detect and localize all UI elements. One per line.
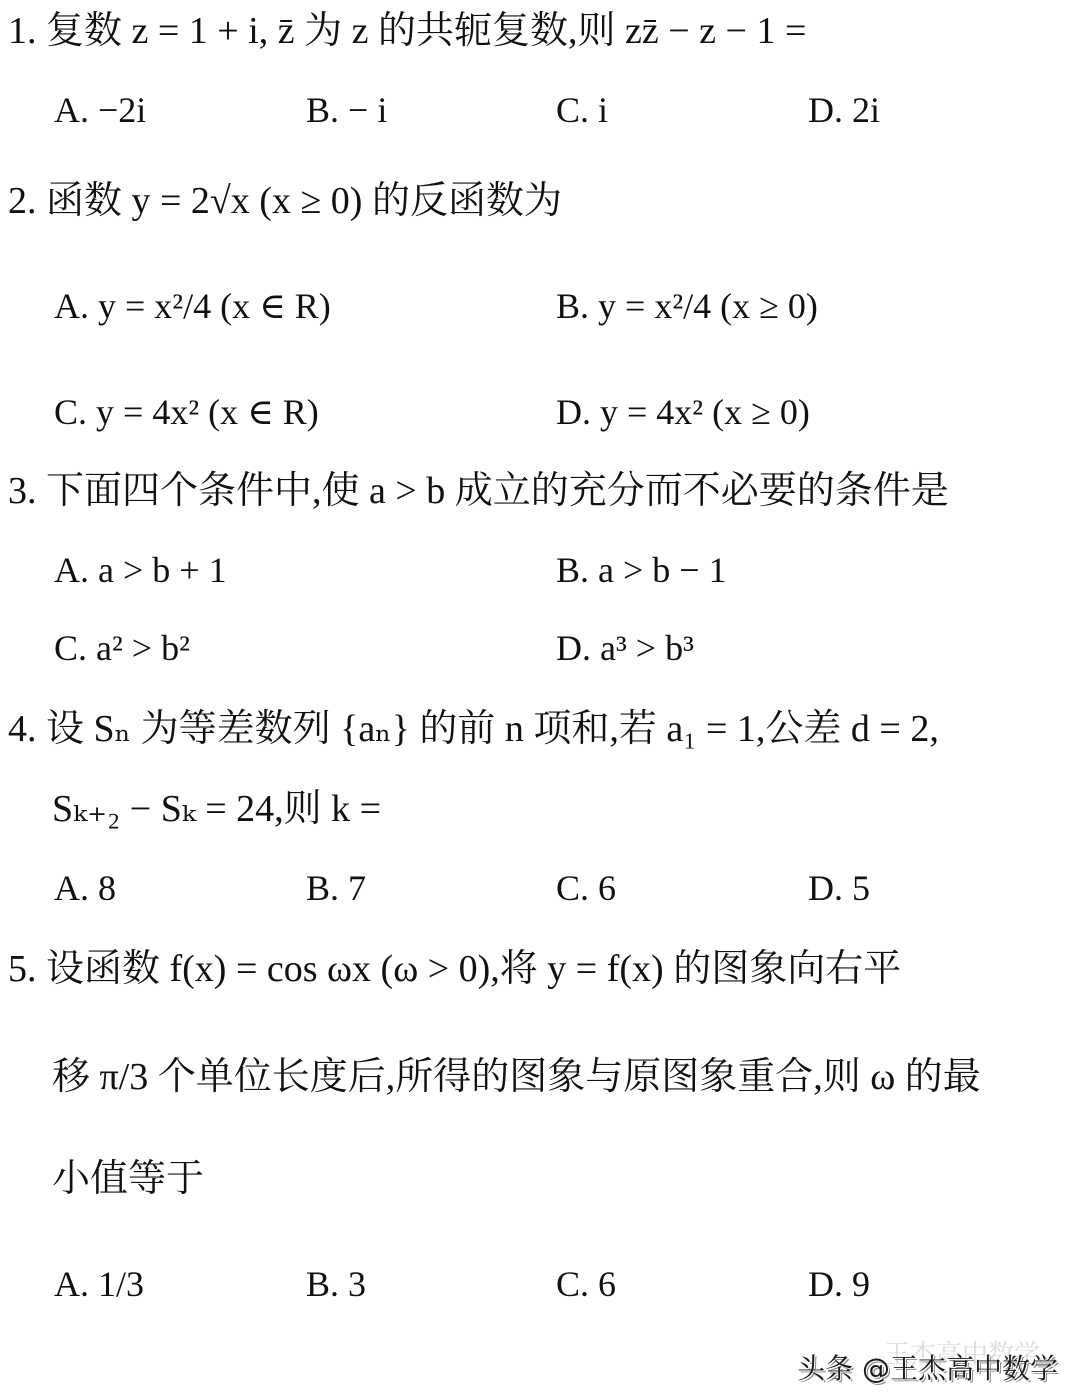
q5-stem-line-2: 移 π/3 个单位长度后,所得的图象与原图象重合,则 ω 的最 xyxy=(52,1054,981,1100)
q4-option-b: B. 7 xyxy=(306,866,366,910)
q1-stem: 1. 复数 z = 1 + i, z̄ 为 z 的共轭复数,则 zz̄ − z … xyxy=(8,8,806,54)
q3-option-d: D. a³ > b³ xyxy=(556,626,694,670)
q5-stem-line-1: 5. 设函数 f(x) = cos ωx (ω > 0),将 y = f(x) … xyxy=(8,946,901,992)
q4-stem-line-2: Sₖ₊₂ − Sₖ = 24,则 k = xyxy=(52,786,381,832)
q4-option-a: A. 8 xyxy=(54,866,116,910)
q4-option-d: D. 5 xyxy=(808,866,870,910)
q2-option-a: A. y = x²/4 (x ∈ R) xyxy=(54,284,331,328)
q3-option-a: A. a > b + 1 xyxy=(54,548,227,592)
q5-option-d: D. 9 xyxy=(808,1262,870,1306)
q3-option-c: C. a² > b² xyxy=(54,626,190,670)
q2-stem: 2. 函数 y = 2√x (x ≥ 0) 的反函数为 xyxy=(8,178,562,224)
q2-option-d: D. y = 4x² (x ≥ 0) xyxy=(556,390,810,434)
q3-option-b: B. a > b − 1 xyxy=(556,548,727,592)
q5-option-b: B. 3 xyxy=(306,1262,366,1306)
q1-option-c: C. i xyxy=(556,88,608,132)
q2-option-b: B. y = x²/4 (x ≥ 0) xyxy=(556,284,818,328)
watermark: 头条 @王杰高中数学 xyxy=(797,1352,1058,1386)
q5-stem-line-3: 小值等于 xyxy=(52,1156,204,1202)
q3-stem: 3. 下面四个条件中,使 a > b 成立的充分而不必要的条件是 xyxy=(8,468,949,514)
q4-option-c: C. 6 xyxy=(556,866,616,910)
q4-stem-line-1: 4. 设 Sₙ 为等差数列 {aₙ} 的前 n 项和,若 a₁ = 1,公差 d… xyxy=(8,706,939,752)
q5-option-c: C. 6 xyxy=(556,1262,616,1306)
q5-option-a: A. 1/3 xyxy=(54,1262,144,1306)
q2-option-c: C. y = 4x² (x ∈ R) xyxy=(54,390,319,434)
q1-option-d: D. 2i xyxy=(808,88,880,132)
q1-option-b: B. − i xyxy=(306,88,387,132)
q1-option-a: A. −2i xyxy=(54,88,146,132)
